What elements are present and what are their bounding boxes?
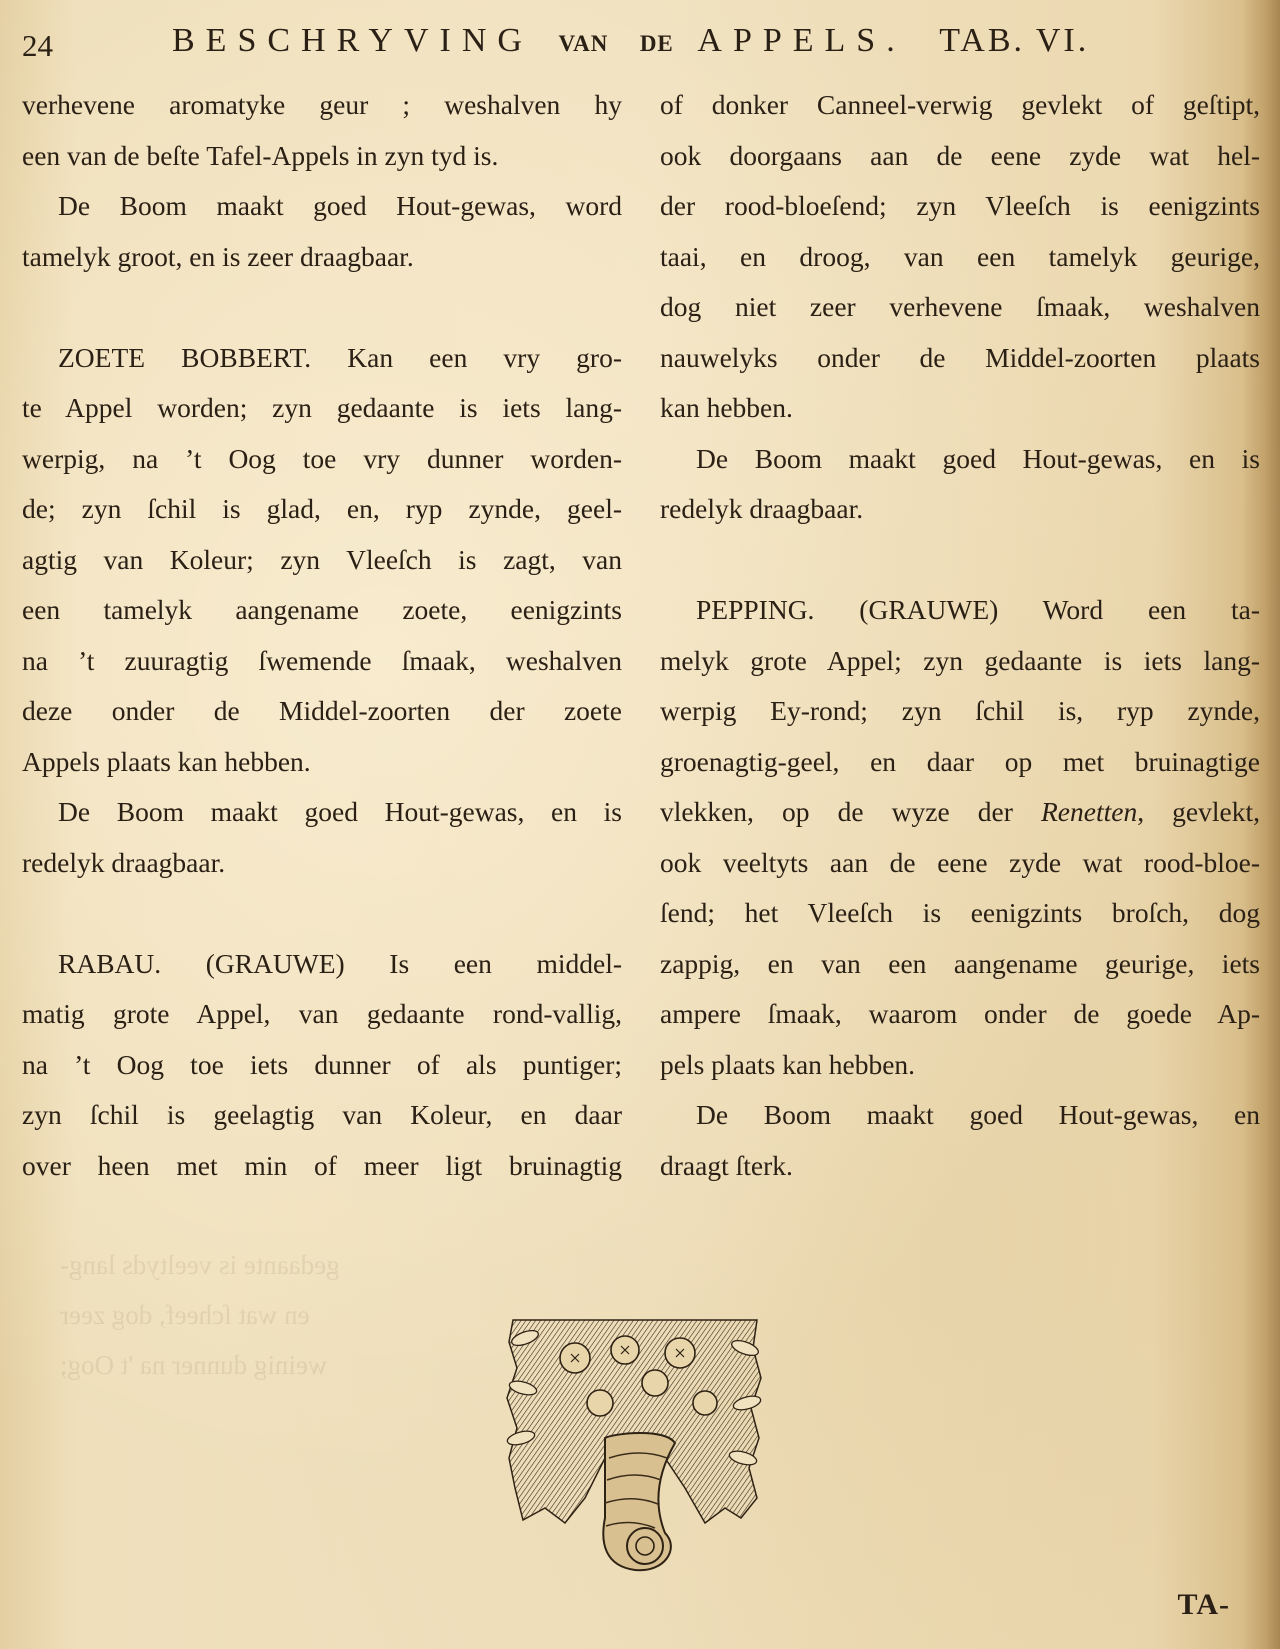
- text-line: zappig, en van een aangename geurige, ie…: [660, 939, 1260, 990]
- paragraph-gap: [22, 888, 622, 939]
- paragraph-gap: [22, 282, 622, 333]
- show-through-text: gedaante is veeltyds lang-: [60, 1250, 340, 1281]
- text-line: de; zyn ſchil is glad, en, ryp zynde, ge…: [22, 484, 622, 535]
- text-line: een van de beſte Tafel-Appels in zyn tyd…: [22, 131, 622, 182]
- cornucopia-woodcut-icon: [505, 1308, 765, 1578]
- text-line: een tamelyk aangename zoete, eenigzints: [22, 585, 622, 636]
- show-through-text: en wat ſcheef, dog zeer: [60, 1300, 310, 1331]
- text-line: taai, en droog, van een tamelyk geurige,: [660, 232, 1260, 283]
- show-through-text: weinig dunner na 't Oog;: [60, 1350, 327, 1381]
- running-head-appels: APPELS.: [697, 22, 905, 59]
- paragraph-gap: [660, 535, 1260, 586]
- text-line: De Boom maakt goed Hout-gewas, en is: [22, 787, 622, 838]
- running-head-de: DE: [640, 31, 674, 56]
- text-line: ſend; het Vleeſch is eenigzints broſch, …: [660, 888, 1260, 939]
- running-head-title: BESCHRYVING: [172, 22, 533, 59]
- text-line: na ’t Oog toe iets dunner of als puntige…: [22, 1040, 622, 1091]
- entry-heading-rabau: RABAU. (GRAUWE) Is een middel-: [22, 939, 622, 990]
- text-line: draagt ſterk.: [660, 1141, 1260, 1192]
- text-line: melyk grote Appel; zyn gedaante is iets …: [660, 636, 1260, 687]
- text-segment: , gevlekt,: [1137, 796, 1260, 827]
- text-segment: vlekken, op de wyze der: [660, 796, 1041, 827]
- text-line: ook veeltyts aan de eene zyde wat rood-b…: [660, 838, 1260, 889]
- running-head: BESCHRYVING VAN DE APPELS. TAB. VI.: [172, 22, 1089, 60]
- catchword: TA-: [1178, 1588, 1230, 1622]
- text-line: werpig Ey-rond; zyn ſchil is, ryp zynde,: [660, 686, 1260, 737]
- text-line: dog niet zeer verhevene ſmaak, weshalven: [660, 282, 1260, 333]
- text-line: pels plaats kan hebben.: [660, 1040, 1260, 1091]
- page-number: 24: [22, 28, 53, 64]
- running-header: 24 BESCHRYVING VAN DE APPELS. TAB. VI.: [22, 22, 1220, 72]
- text-line: of donker Canneel-verwig gevlekt of geſt…: [660, 80, 1260, 131]
- entry-heading-zoete-bobbert: ZOETE BOBBERT. Kan een vry gro-: [22, 333, 622, 384]
- text-line: verhevene aromatyke geur ; weshalven hy: [22, 80, 622, 131]
- text-line: De Boom maakt goed Hout-gewas, en is: [660, 434, 1260, 485]
- text-line: redelyk draagbaar.: [22, 838, 622, 889]
- running-head-van: VAN: [558, 31, 608, 56]
- text-line: nauwelyks onder de Middel-zoorten plaats: [660, 333, 1260, 384]
- text-line: agtig van Koleur; zyn Vleeſch is zagt, v…: [22, 535, 622, 586]
- text-line: deze onder de Middel-zoorten der zoete: [22, 686, 622, 737]
- text-line: te Appel worden; zyn gedaante is iets la…: [22, 383, 622, 434]
- text-line: De Boom maakt goed Hout-gewas, en: [660, 1090, 1260, 1141]
- text-line: kan hebben.: [660, 383, 1260, 434]
- text-line: tamelyk groot, en is zeer draagbaar.: [22, 232, 622, 283]
- left-column: verhevene aromatyke geur ; weshalven hy …: [22, 80, 622, 1191]
- italic-term-renetten: Renetten: [1041, 796, 1137, 827]
- right-column: of donker Canneel-verwig gevlekt of geſt…: [660, 80, 1260, 1191]
- text-line: De Boom maakt goed Hout-gewas, word: [22, 181, 622, 232]
- text-line: na ’t zuuragtig ſwemende ſmaak, weshalve…: [22, 636, 622, 687]
- book-page: gedaante is veeltyds lang- en wat ſcheef…: [0, 0, 1280, 1649]
- entry-heading-pepping: PEPPING. (GRAUWE) Word een ta-: [660, 585, 1260, 636]
- text-line: groenagtig-geel, en daar op met bruinagt…: [660, 737, 1260, 788]
- text-line: matig grote Appel, van gedaante rond-val…: [22, 989, 622, 1040]
- text-line: zyn ſchil is geelagtig van Koleur, en da…: [22, 1090, 622, 1141]
- text-line: Appels plaats kan hebben.: [22, 737, 622, 788]
- text-line: der rood-bloeſend; zyn Vleeſch is eenigz…: [660, 181, 1260, 232]
- text-line: werpig, na ’t Oog toe vry dunner worden-: [22, 434, 622, 485]
- text-line-with-italic: vlekken, op de wyze der Renetten, gevlek…: [660, 787, 1260, 838]
- running-head-tab: TAB. VI.: [939, 22, 1089, 59]
- text-line: ampere ſmaak, waarom onder de goede Ap-: [660, 989, 1260, 1040]
- text-line: over heen met min of meer ligt bruinagti…: [22, 1141, 622, 1192]
- text-line: ook doorgaans aan de eene zyde wat hel-: [660, 131, 1260, 182]
- text-line: redelyk draagbaar.: [660, 484, 1260, 535]
